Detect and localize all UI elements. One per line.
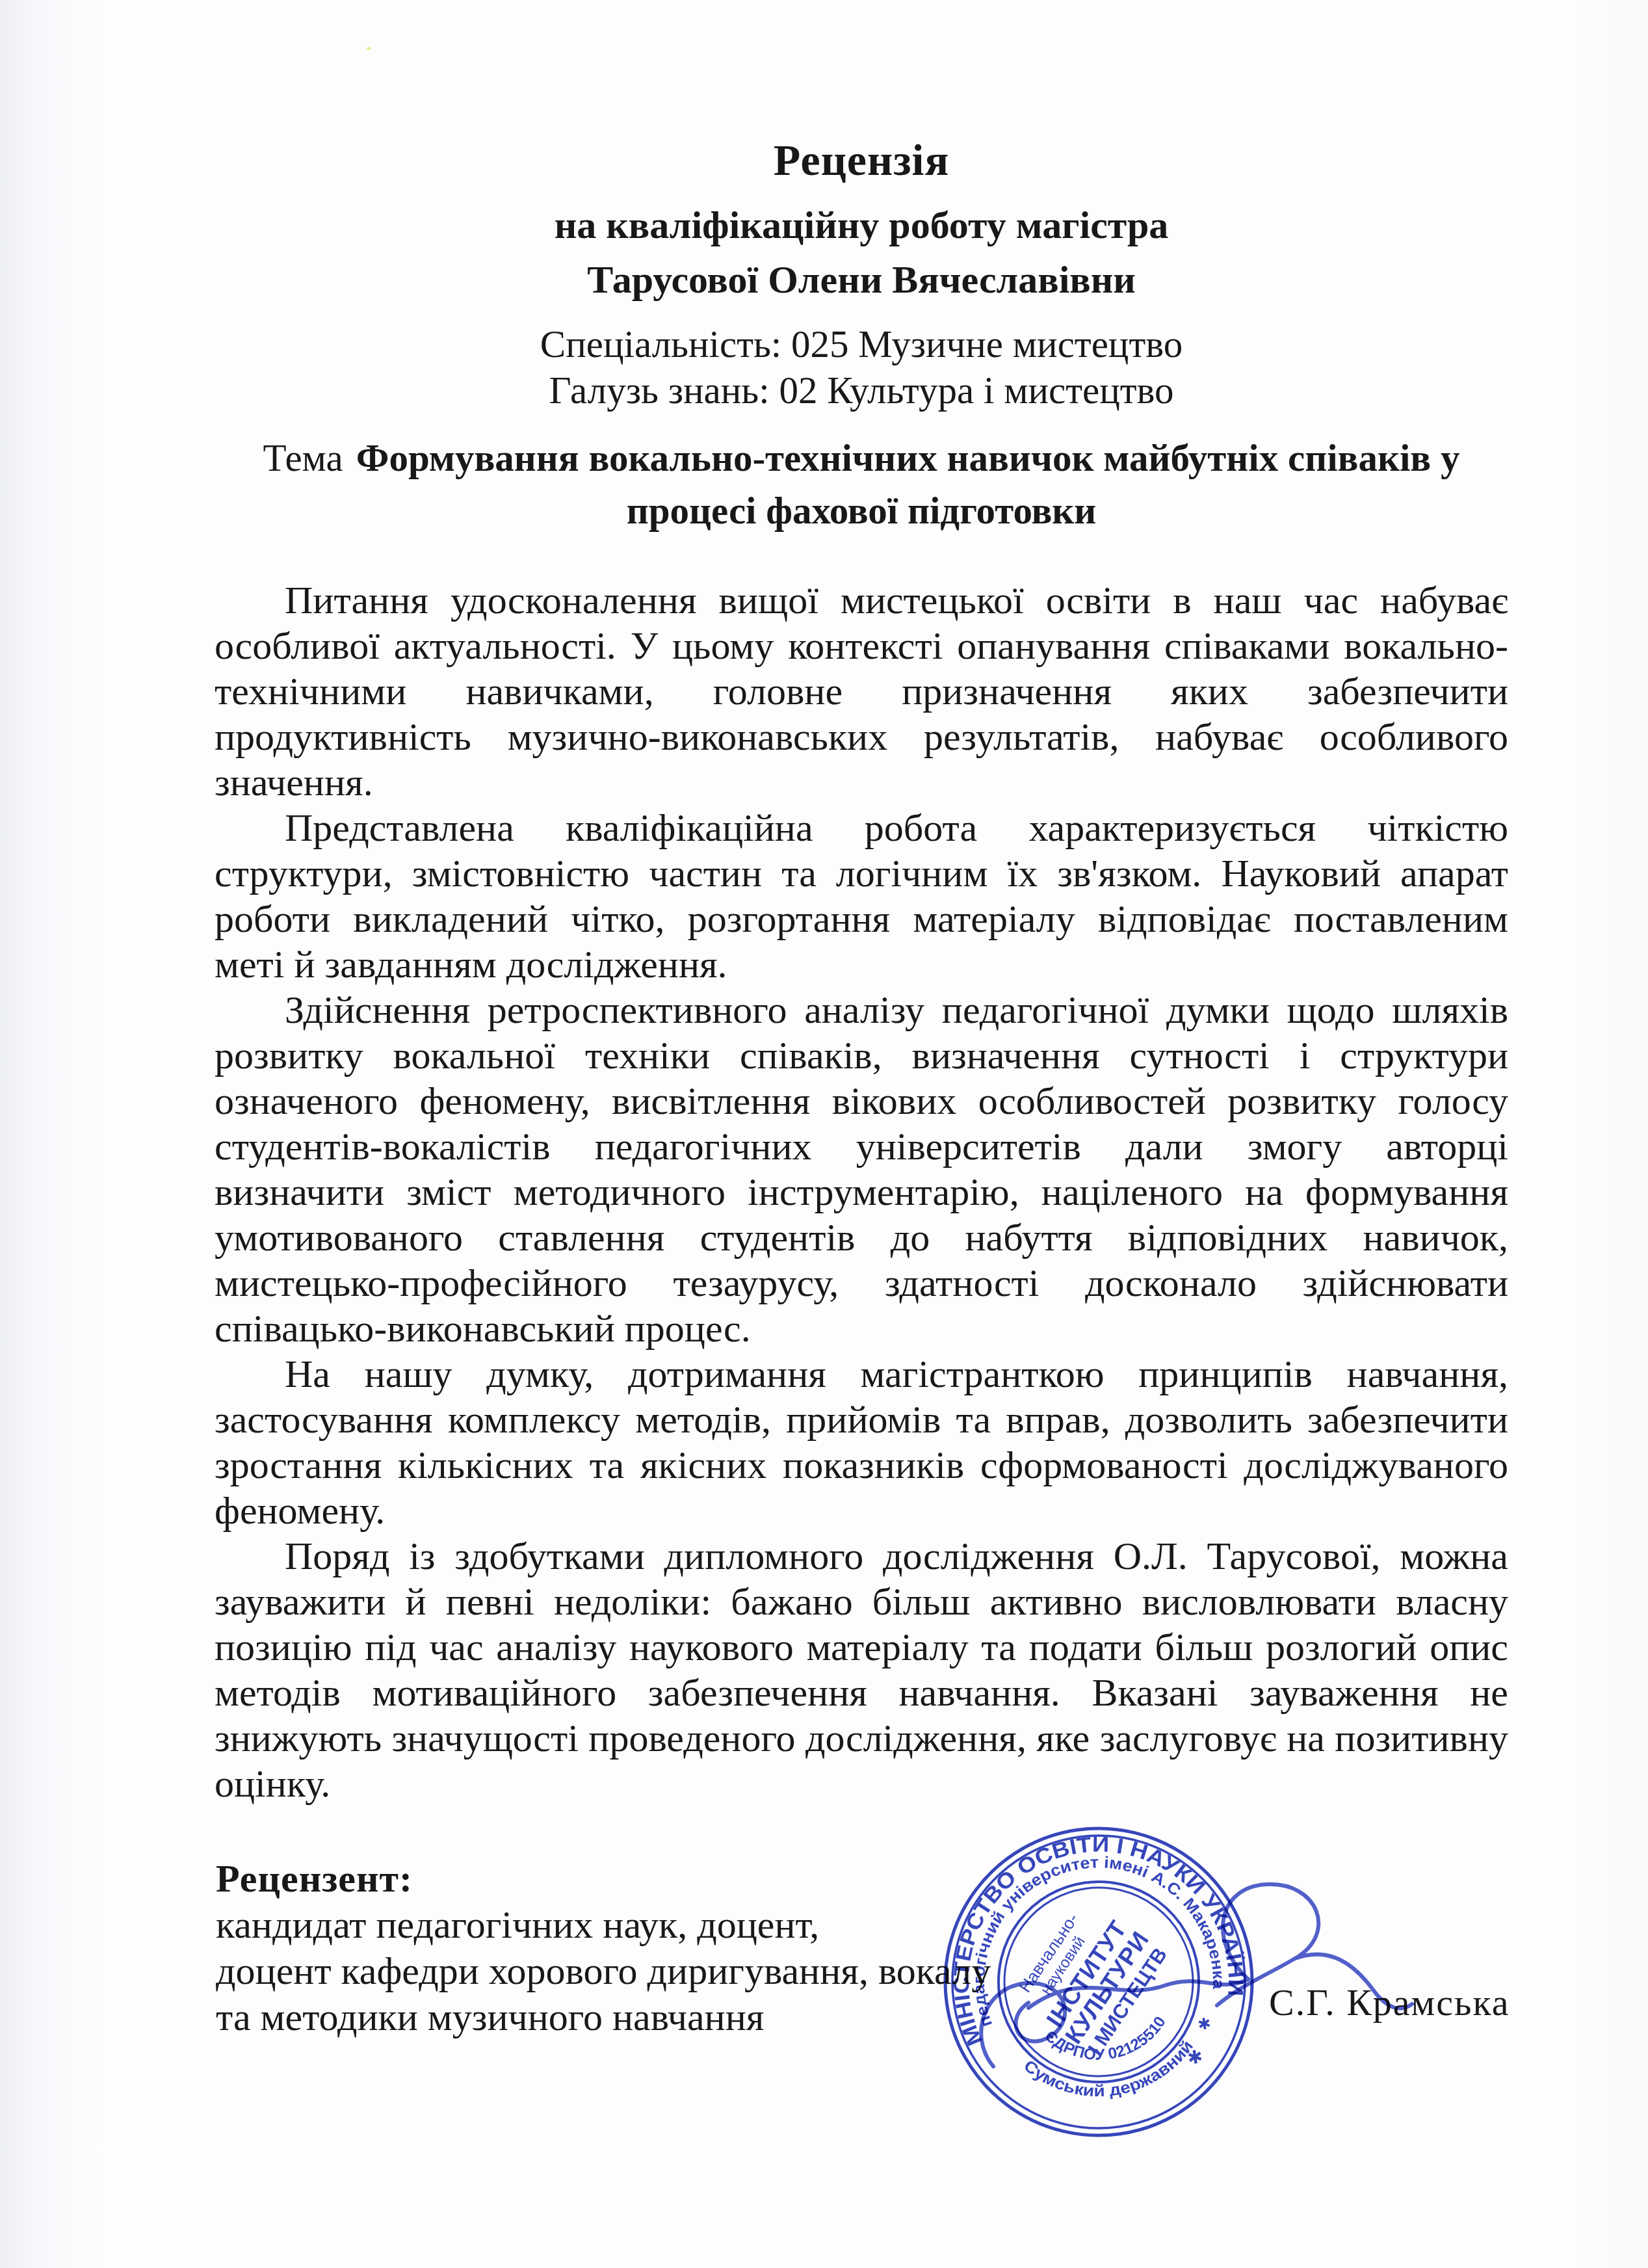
reviewer-credential-line: доцент кафедри хорового диригування, вок… <box>216 1948 991 1994</box>
paragraph: Представлена кваліфікаційна робота харак… <box>215 805 1508 987</box>
paragraph: Здійснення ретроспективного аналізу педа… <box>215 987 1508 1351</box>
document-title: Рецензія <box>215 138 1508 182</box>
handwritten-signature <box>930 1814 1489 2113</box>
scan-speck <box>367 47 371 50</box>
review-body: Питання удосконалення вищої мистецької о… <box>215 577 1508 1806</box>
reviewer-credential-line: та методики музичного навчання <box>216 1994 991 2040</box>
scanned-review-page: Рецензія на кваліфікаційну роботу магіст… <box>0 0 1648 2268</box>
theme-text: Формування вокально-технічних навичок ма… <box>356 436 1460 532</box>
specialty-group: Спеціальність: 025 Музичне мистецтво Гал… <box>215 321 1508 414</box>
paragraph: Питання удосконалення вищої мистецької о… <box>215 577 1508 805</box>
field-of-knowledge-line: Галузь знань: 02 Культура і мистецтво <box>215 367 1508 414</box>
signature-stroke <box>1295 1955 1412 2009</box>
reviewer-block: Рецензент: кандидат педагогічних наук, д… <box>216 1856 991 2040</box>
paragraph: На нашу думку, дотримання магістранткою … <box>215 1351 1508 1533</box>
theme-line: ТемаФормування вокально-технічних навичо… <box>215 432 1508 537</box>
signature-stroke <box>1217 1884 1318 2005</box>
signature-stroke <box>1028 1979 1248 2008</box>
reviewer-label: Рецензент: <box>216 1856 991 1902</box>
document-subtitle-1: на кваліфікаційну роботу магістра <box>215 198 1508 252</box>
paragraph: Поряд із здобутками дипломного досліджен… <box>215 1533 1508 1806</box>
theme-label: Тема <box>263 436 343 479</box>
document-subtitle-2: Тарусової Олени Вячеславівни <box>215 252 1508 307</box>
reviewer-credential-line: кандидат педагогічних наук, доцент, <box>216 1902 991 1948</box>
document-header: Рецензія на кваліфікаційну роботу магіст… <box>215 138 1508 414</box>
specialty-line: Спеціальність: 025 Музичне мистецтво <box>215 321 1508 367</box>
